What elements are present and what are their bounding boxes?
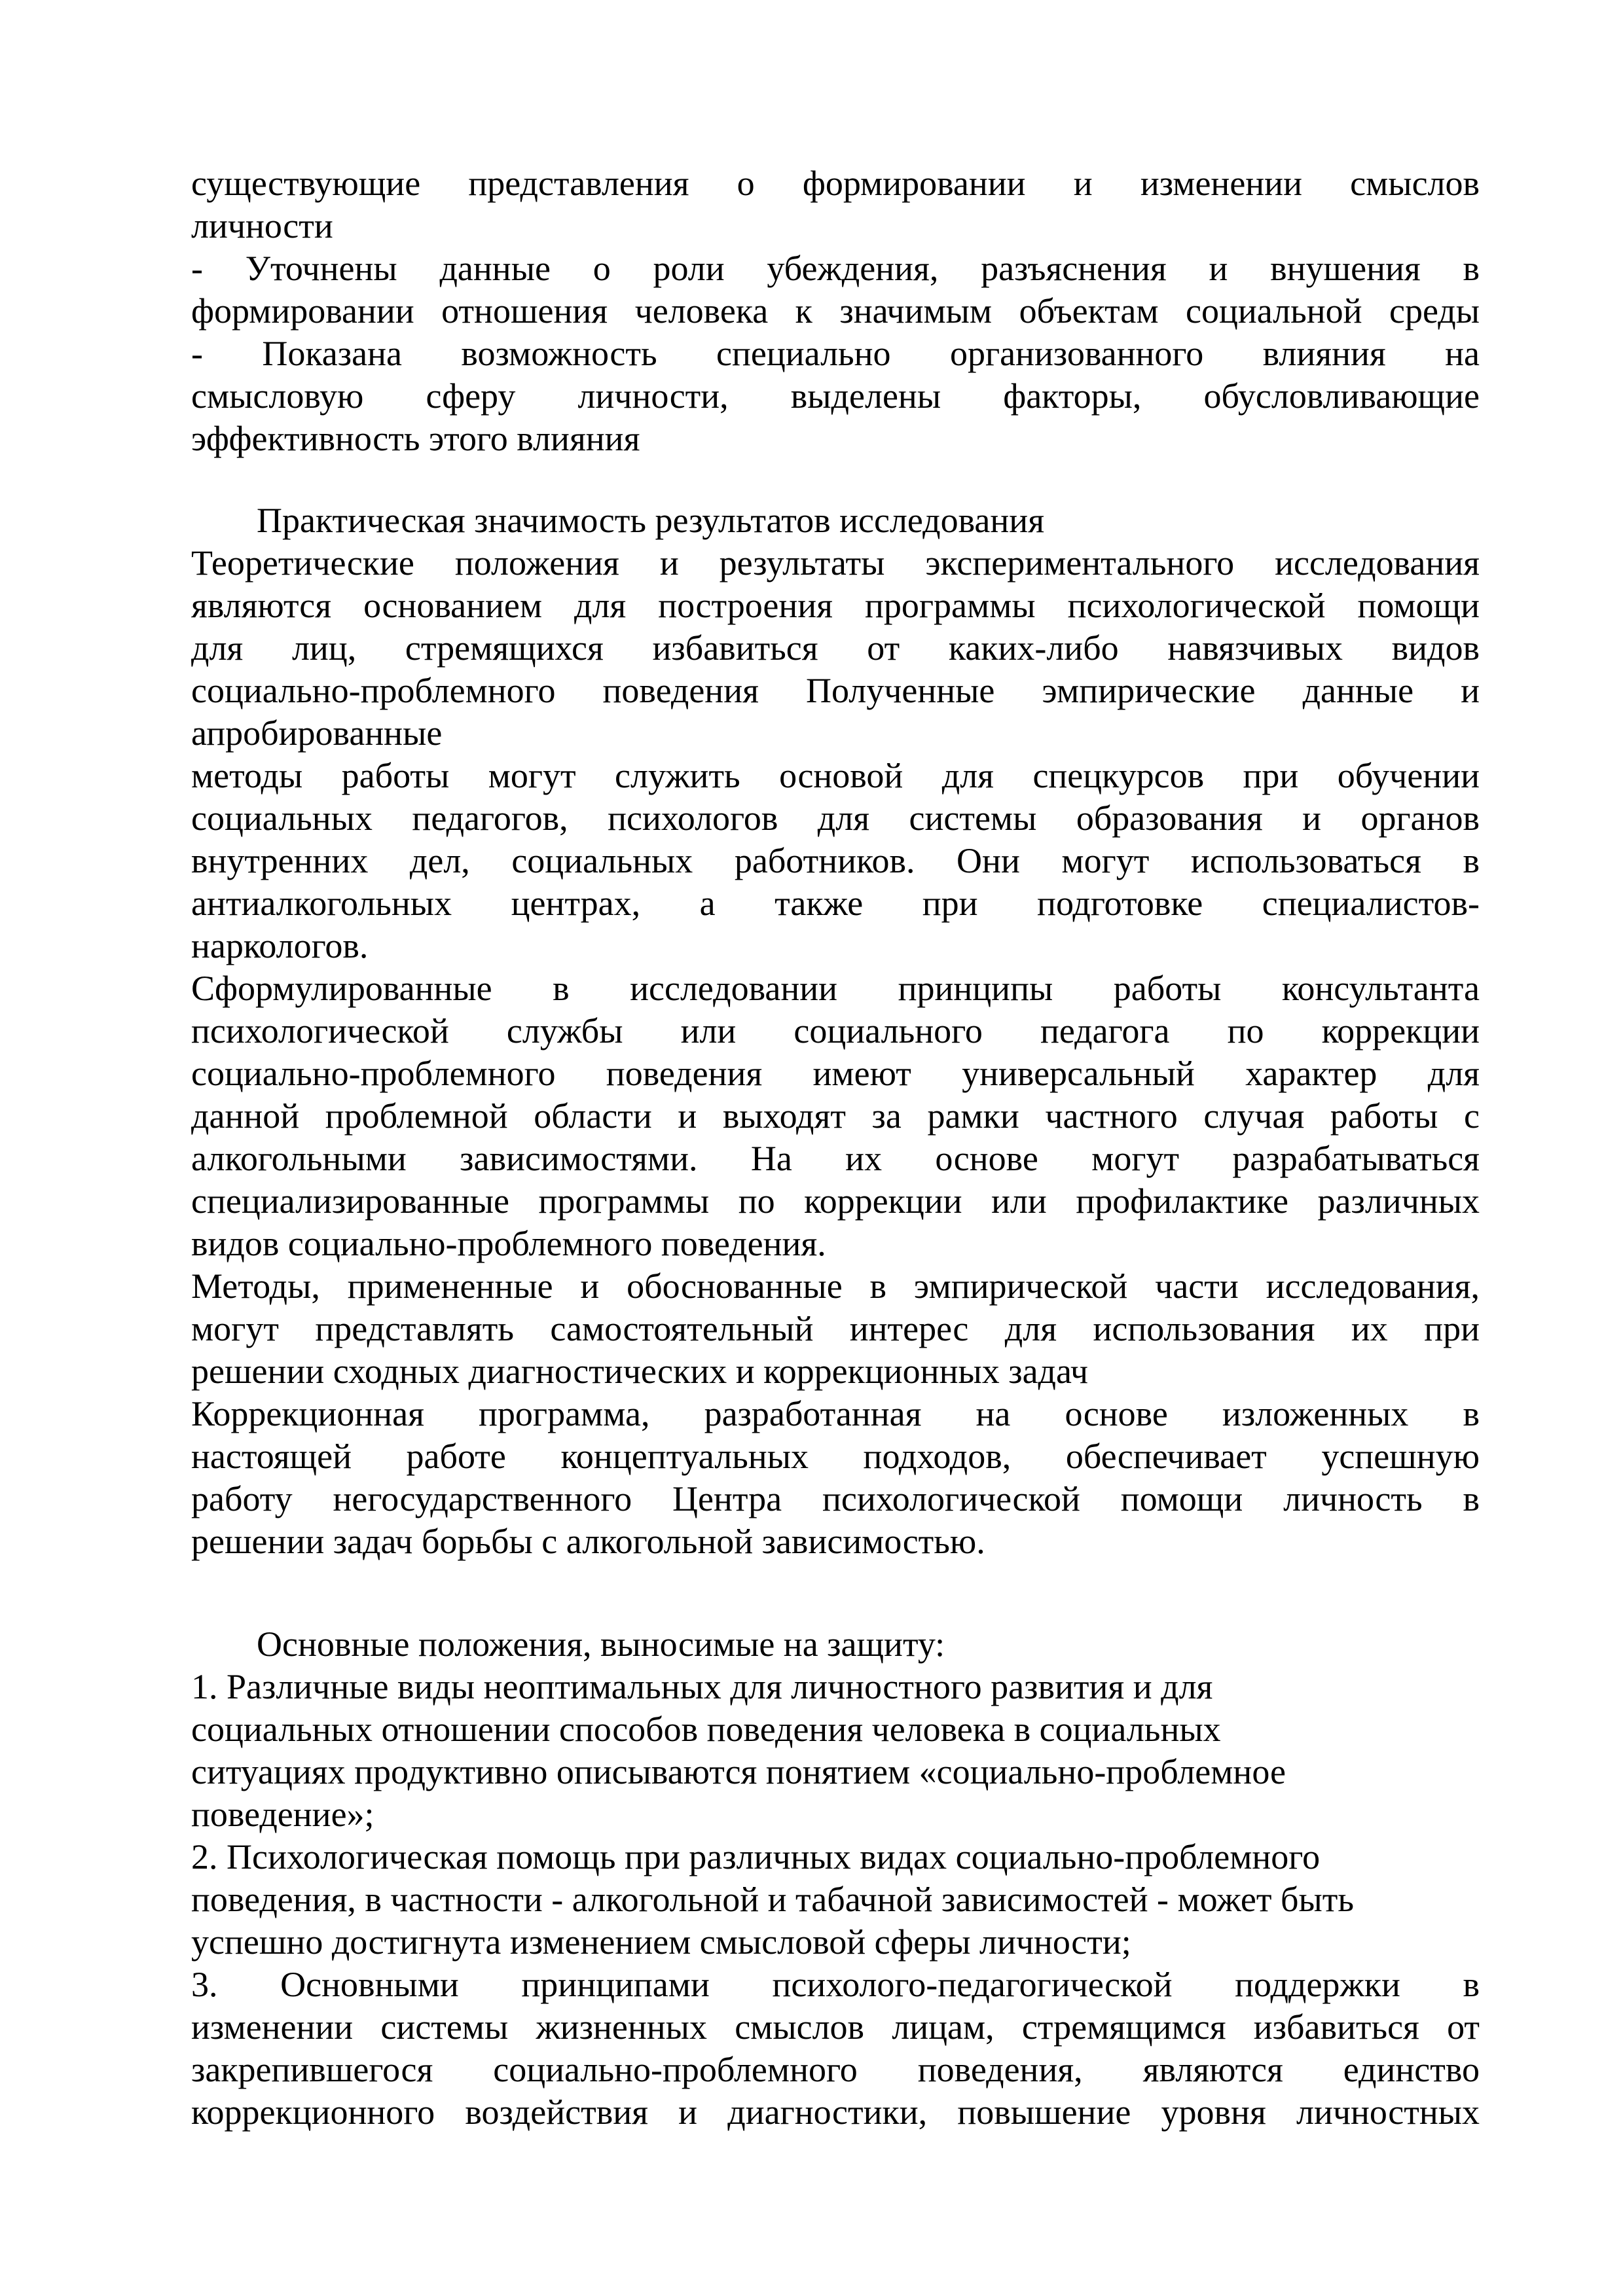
- text-line: для лиц, стремящихся избавиться от каких…: [191, 627, 1480, 670]
- text-line: Теоретические положения и результаты экс…: [191, 542, 1480, 584]
- text-line: успешно достигнута изменением смысловой …: [191, 1921, 1480, 1964]
- text-line: социально-проблемного поведения Полученн…: [191, 670, 1480, 712]
- text-line: социальных отношении способов поведения …: [191, 1708, 1480, 1751]
- text-line: Сформулированные в исследовании принципы…: [191, 967, 1480, 1010]
- text-line: наркологов.: [191, 925, 1480, 967]
- list-item-paragraph: 2. Психологическая помощь при различных …: [191, 1836, 1480, 1964]
- body-paragraph: - Показана возможность специально органи…: [191, 332, 1480, 460]
- text-line: изменении системы жизненных смыслов лица…: [191, 2006, 1480, 2049]
- text-line: настоящей работе концептуальных подходов…: [191, 1435, 1480, 1478]
- text-line: социально-проблемного поведения имеют ун…: [191, 1052, 1480, 1095]
- text-line: личности: [191, 205, 1480, 247]
- body-paragraph: Сформулированные в исследовании принципы…: [191, 967, 1480, 1265]
- section-heading: Основные положения, выносимые на защиту:: [191, 1623, 1480, 1666]
- text-line: существующие представления о формировани…: [191, 162, 1480, 205]
- document-page: существующие представления о формировани…: [0, 0, 1623, 2296]
- text-line: специализированные программы по коррекци…: [191, 1180, 1480, 1223]
- text-line: Коррекционная программа, разработанная н…: [191, 1393, 1480, 1435]
- text-line: работу негосударственного Центра психоло…: [191, 1478, 1480, 1520]
- text-line: 3. Основными принципами психолого-педаго…: [191, 1964, 1480, 2006]
- text-line: методы работы могут служить основой для …: [191, 755, 1480, 797]
- body-paragraph: существующие представления о формировани…: [191, 162, 1480, 247]
- text-line: формировании отношения человека к значим…: [191, 290, 1480, 332]
- body-paragraph: методы работы могут служить основой для …: [191, 755, 1480, 967]
- body-paragraph: Методы, примененные и обоснованные в эмп…: [191, 1265, 1480, 1393]
- text-line: 2. Психологическая помощь при различных …: [191, 1836, 1480, 1878]
- text-line: 1. Различные виды неоптимальных для личн…: [191, 1666, 1480, 1708]
- body-paragraph: - Уточнены данные о роли убеждения, разъ…: [191, 247, 1480, 332]
- text-line: алкогольными зависимостями. На их основе…: [191, 1138, 1480, 1180]
- text-line: могут представлять самостоятельный интер…: [191, 1308, 1480, 1350]
- text-line: внутренних дел, социальных работников. О…: [191, 840, 1480, 882]
- text-line: Практическая значимость результатов иссл…: [191, 499, 1480, 542]
- text-line: видов социально-проблемного поведения.: [191, 1223, 1480, 1265]
- body-paragraph: Коррекционная программа, разработанная н…: [191, 1393, 1480, 1563]
- text-line: - Уточнены данные о роли убеждения, разъ…: [191, 247, 1480, 290]
- text-line: являются основанием для построения прогр…: [191, 584, 1480, 627]
- text-line: психологической службы или социального п…: [191, 1010, 1480, 1052]
- body-paragraph: Теоретические положения и результаты экс…: [191, 542, 1480, 755]
- text-line: эффективность этого влияния: [191, 418, 1480, 460]
- text-line: антиалкогольных центрах, а также при под…: [191, 882, 1480, 925]
- text-line: - Показана возможность специально органи…: [191, 332, 1480, 375]
- section-heading: Практическая значимость результатов иссл…: [191, 499, 1480, 542]
- text-line: данной проблемной области и выходят за р…: [191, 1095, 1480, 1138]
- text-line: закрепившегося социально-проблемного пов…: [191, 2049, 1480, 2091]
- text-line: решении сходных диагностических и коррек…: [191, 1350, 1480, 1393]
- text-line: коррекционного воздействия и диагностики…: [191, 2091, 1480, 2134]
- text-line: ситуациях продуктивно описываются поняти…: [191, 1751, 1480, 1793]
- document-text: существующие представления о формировани…: [191, 162, 1480, 2134]
- text-line: социальных педагогов, психологов для сис…: [191, 797, 1480, 840]
- list-item-paragraph: 1. Различные виды неоптимальных для личн…: [191, 1666, 1480, 1836]
- text-line: решении задач борьбы с алкогольной завис…: [191, 1520, 1480, 1563]
- text-line: Основные положения, выносимые на защиту:: [191, 1623, 1480, 1666]
- text-line: Методы, примененные и обоснованные в эмп…: [191, 1265, 1480, 1308]
- list-item-paragraph: 3. Основными принципами психолого-педаго…: [191, 1964, 1480, 2134]
- text-line: поведение»;: [191, 1793, 1480, 1836]
- text-line: апробированные: [191, 712, 1480, 755]
- text-line: поведения, в частности - алкогольной и т…: [191, 1878, 1480, 1921]
- text-line: смысловую сферу личности, выделены факто…: [191, 375, 1480, 418]
